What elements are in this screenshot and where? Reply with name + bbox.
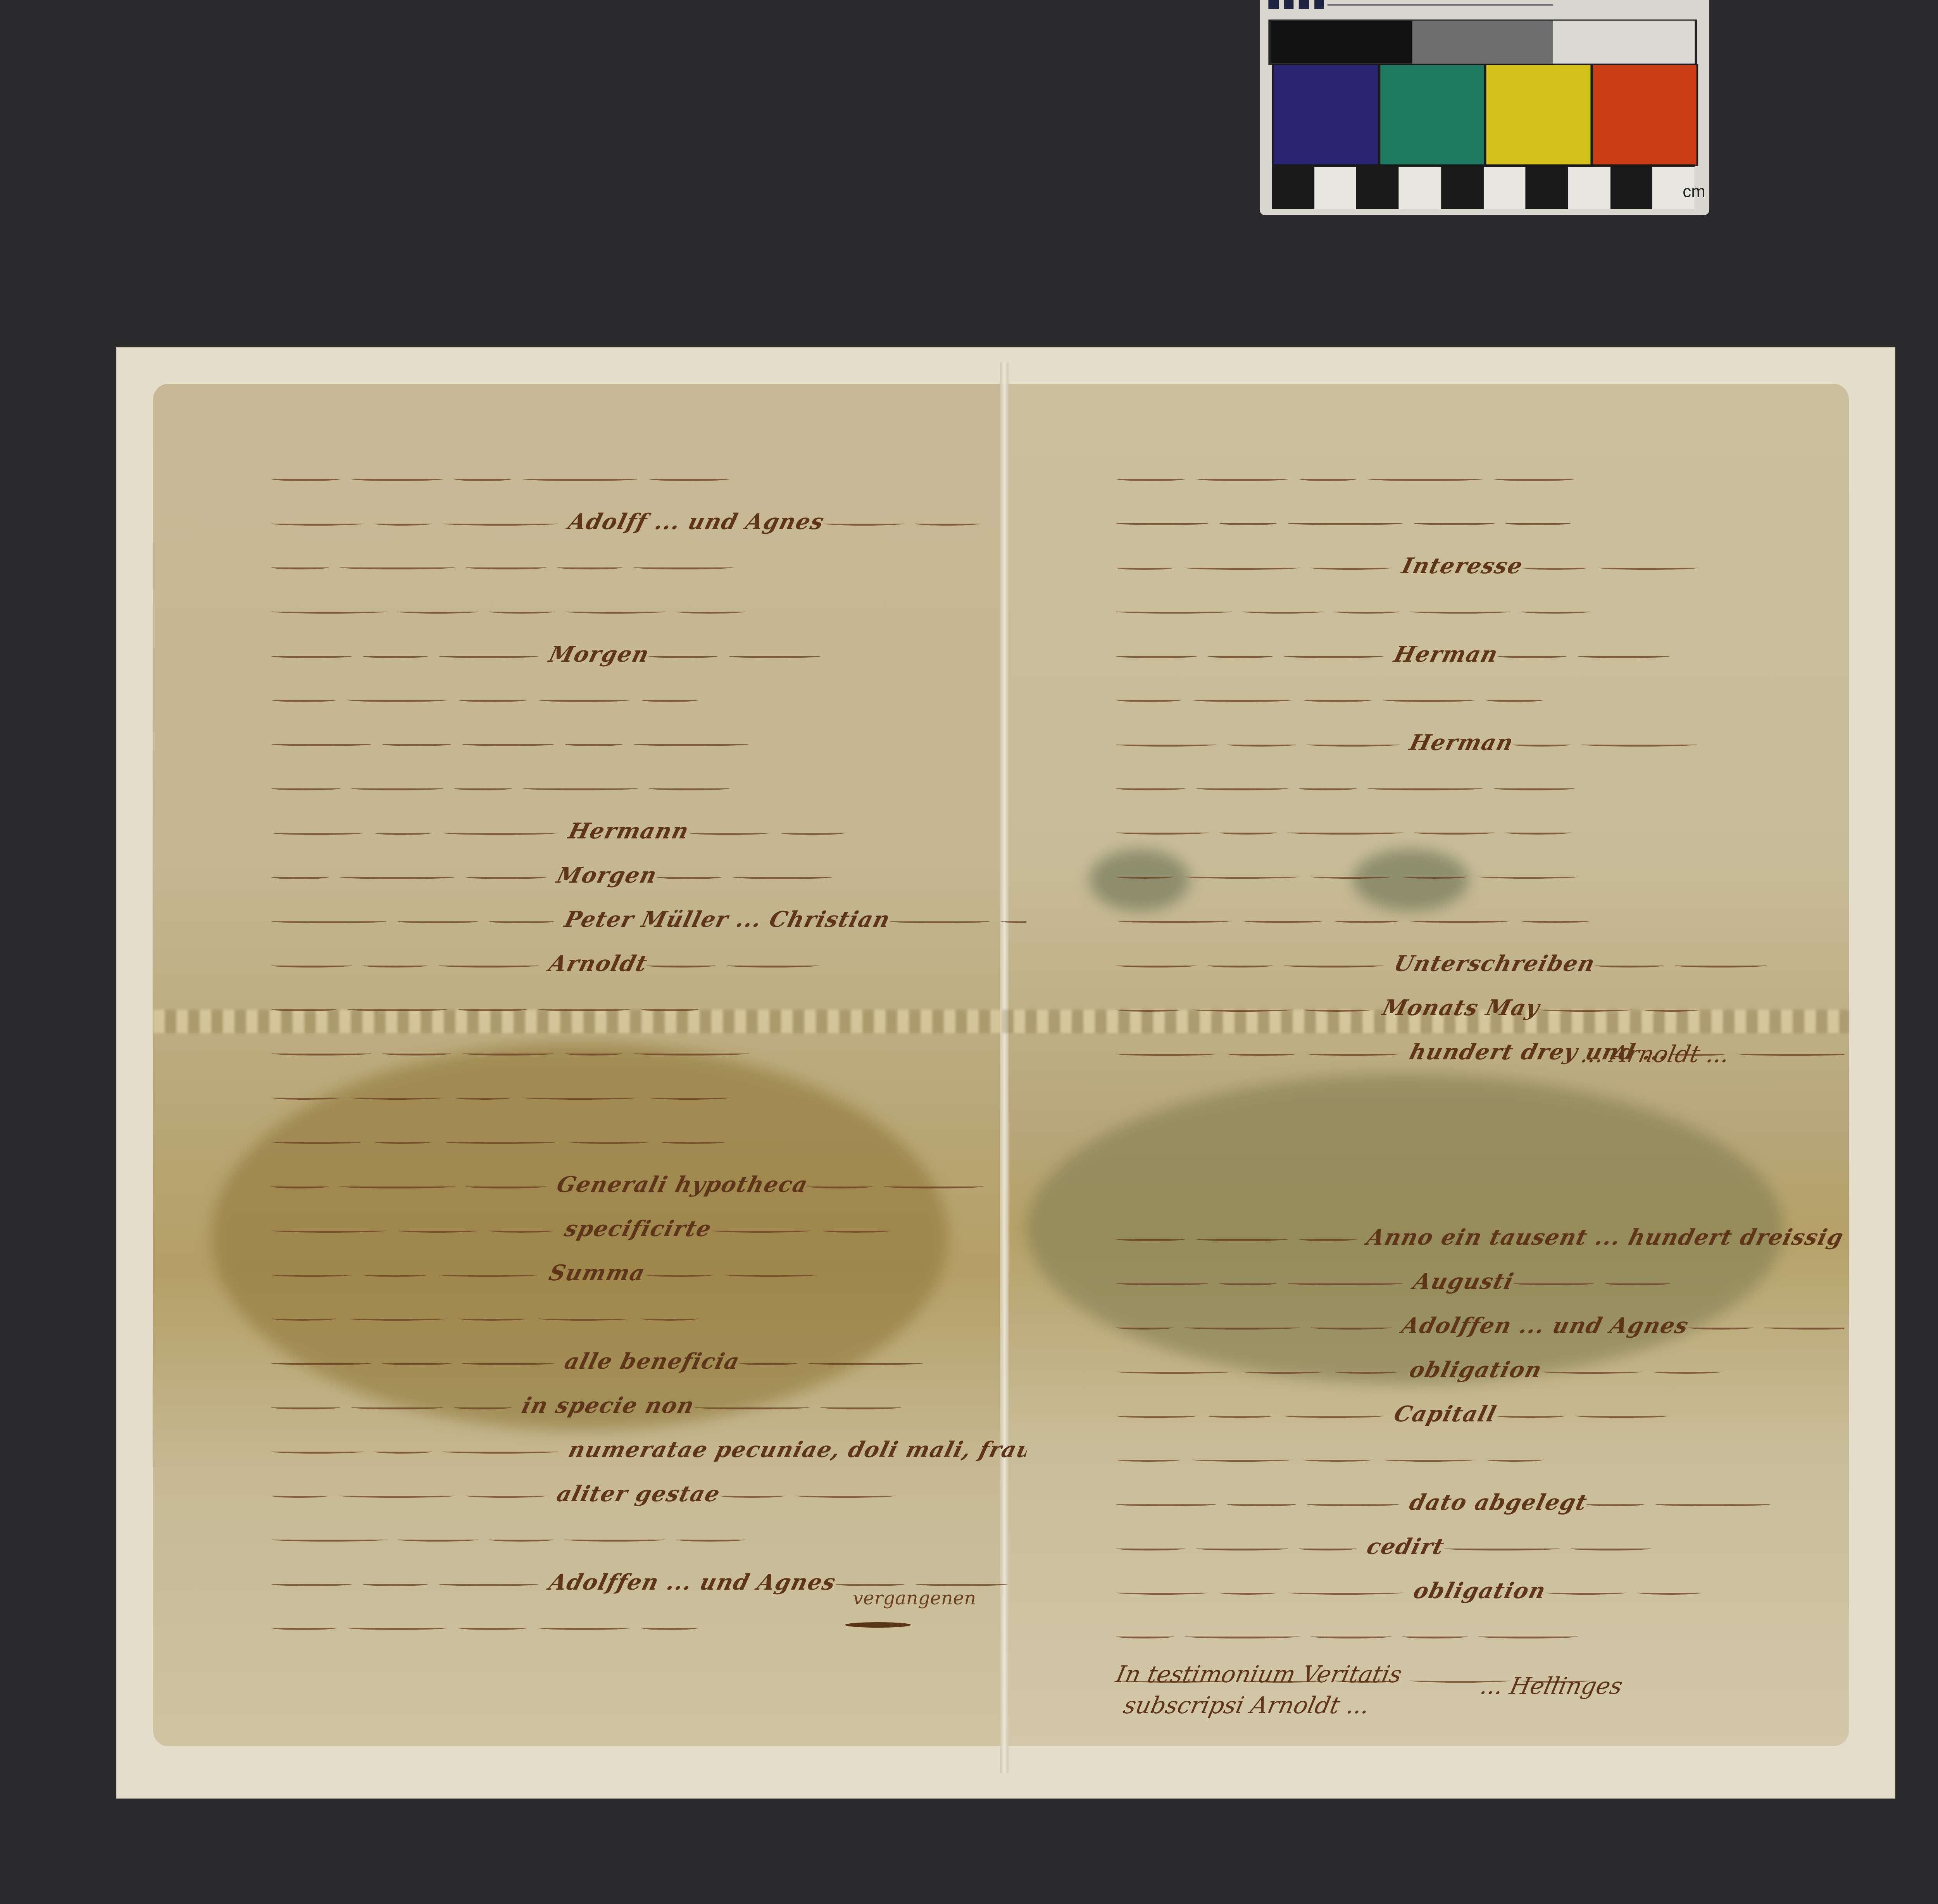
illegible-script [271,1582,353,1586]
illegible-script [739,1361,798,1365]
illegible-script [522,786,639,790]
unit-label: cm [1683,182,1705,202]
illegible-script [1116,1502,1217,1506]
illegible-script [1287,521,1404,525]
illegible-script [728,654,822,658]
illegible-script [1687,1325,1754,1330]
illegible-script [1310,1325,1393,1330]
illegible-script [1116,1546,1186,1550]
handwritten-line [1111,676,1850,721]
illegible-script [1310,1634,1393,1638]
handwritten-line: alle beneficia [266,1339,1033,1383]
illegible-script [1283,963,1385,968]
illegible-script [397,609,479,614]
illegible-script [374,831,433,835]
illegible-script [453,477,513,481]
handwritten-line [266,588,1033,632]
illegible-script [1116,654,1198,658]
legible-fragment: Arnoldt [547,951,650,976]
illegible-script [1302,1007,1373,1012]
illegible-script [537,1007,631,1011]
illegible-script [438,1273,540,1277]
illegible-script [1298,786,1358,790]
illegible-script [1541,1369,1643,1374]
illegible-script [381,1051,452,1055]
legible-fragment: Unterschreiben [1391,951,1598,976]
illegible-script [1310,566,1393,570]
illegible-script [442,1449,559,1454]
illegible-script [1195,477,1290,481]
illegible-script [271,1007,338,1011]
legible-fragment: Peter Müller ... Christian [562,907,893,932]
illegible-script [1195,786,1290,790]
illegible-script [1382,698,1476,702]
handwritten-line: Morgen [266,632,1033,676]
illegible-script [397,919,479,923]
illegible-script [1493,477,1576,481]
illegible-script [362,1273,429,1277]
illegible-script [1382,1457,1476,1462]
illegible-script [1184,566,1301,570]
illegible-script [453,1405,513,1409]
handwritten-line [1111,500,1850,544]
illegible-script [1116,742,1217,747]
illegible-script [644,1273,715,1277]
handwritten-line: Capitall [1111,1392,1850,1436]
illegible-script [522,477,639,481]
illegible-script [1512,1281,1595,1285]
legible-fragment: Augusti [1411,1269,1517,1294]
handwritten-line: numeratae pecuniae, doli mali, fraudis, … [266,1428,1033,1472]
illegible-script [1184,874,1301,879]
illegible-script [457,1316,528,1321]
illegible-script [1306,1502,1400,1506]
illegible-script [732,875,834,879]
illegible-script [1333,609,1400,614]
illegible-script [1116,1281,1210,1285]
illegible-script [271,521,365,526]
handwritten-line [266,1516,1033,1560]
illegible-script [1242,1369,1324,1374]
handwritten-line: obligation [1111,1348,1850,1392]
illegible-script [1575,1414,1669,1418]
legible-fragment: Herman [1407,730,1517,755]
illegible-script [271,742,372,746]
illegible-script [1116,830,1210,835]
illegible-script [1116,1634,1175,1638]
illegible-script [1116,874,1175,879]
illegible-script [1520,609,1591,614]
illegible-script [488,1228,555,1233]
card-rule-line [1328,4,1553,6]
illegible-script [719,1494,786,1498]
illegible-script [660,1140,727,1144]
handwritten-line [266,676,1033,721]
illegible-script [633,565,735,569]
illegible-script [1226,742,1297,747]
illegible-script [465,1184,548,1188]
legible-fragment: Generali hypotheca [554,1172,811,1197]
illegible-script [807,1361,924,1365]
illegible-script [465,565,548,569]
handwritten-line: Summa [266,1251,1033,1295]
illegible-script [1310,874,1393,879]
illegible-script [1478,1634,1579,1638]
illegible-script [397,1537,479,1542]
legible-fragment: cedirt [1364,1534,1447,1559]
illegible-script [914,1582,1009,1586]
illegible-script [1195,1546,1290,1550]
illegible-script [1219,1590,1278,1595]
illegible-script [1116,919,1233,923]
illegible-script [374,1449,433,1454]
illegible-script [1505,830,1572,835]
illegible-script [648,477,731,481]
blue-patch [1274,65,1378,165]
illegible-script [381,742,452,746]
illegible-script [883,1184,985,1188]
legible-fragment: alle beneficia [562,1349,743,1374]
handwritten-line: aliter gestae [266,1472,1033,1516]
illegible-script [1191,1457,1293,1462]
illegible-script [347,1626,448,1630]
illegible-script [1520,919,1591,923]
illegible-script [1505,521,1572,525]
legible-fragment: in specie non [519,1393,698,1418]
illegible-script [1581,742,1698,747]
illegible-script [1287,1590,1404,1595]
illegible-script [1283,654,1385,658]
illegible-script [350,1095,445,1100]
illegible-script [457,1007,528,1011]
illegible-script [821,1228,892,1233]
illegible-script [347,698,448,702]
illegible-script [1298,1237,1358,1241]
illegible-script [1763,1325,1850,1330]
illegible-script [914,521,981,526]
illegible-script [1116,566,1175,570]
illegible-script [779,831,847,835]
illegible-script [271,919,388,923]
illegible-script [1306,742,1400,747]
handwritten-line: Arnoldt [266,942,1033,986]
handwritten-line [1111,588,1850,632]
illegible-script [646,963,717,968]
illegible-script [710,1228,812,1233]
grayscale-patches [1268,19,1697,65]
illegible-script [807,1184,874,1188]
illegible-script [438,1582,540,1586]
illegible-script [271,1316,338,1321]
handwritten-line: obligation [1111,1569,1850,1613]
illegible-script [1283,1414,1385,1418]
illegible-script [350,477,445,481]
illegible-script [271,1361,372,1365]
illegible-script [656,875,723,879]
white-patch [1554,21,1695,64]
illegible-script [271,1184,330,1188]
legible-fragment: specificirte [562,1216,715,1242]
illegible-script [271,831,365,835]
illegible-script [1242,919,1324,923]
attestation-line-2: subscripsi Arnoldt ... [1121,1692,1372,1719]
illegible-script [633,1051,750,1055]
illegible-script [488,609,555,614]
illegible-script [1207,1414,1274,1418]
illegible-script [1586,1502,1645,1506]
illegible-script [1116,698,1183,702]
illegible-script [568,1140,651,1144]
legible-fragment: aliter gestae [554,1481,723,1507]
illegible-script [1443,1546,1560,1550]
illegible-script [522,1095,639,1100]
legible-fragment: Adolffen ... und Agnes [547,1569,839,1595]
handwritten-line [266,721,1033,765]
illegible-script [374,1140,433,1144]
handwritten-line [266,1604,1033,1649]
illegible-script [453,1095,513,1100]
illegible-script [350,786,445,790]
legible-fragment: dato abgelegt [1407,1490,1590,1515]
illegible-script [339,565,456,569]
handwritten-line: Adolff ... und Agnes [266,500,1033,544]
illegible-script [1367,786,1484,790]
illegible-script [1298,1546,1358,1550]
illegible-script [1598,566,1700,570]
illegible-script [271,698,338,702]
illegible-script [1493,786,1576,790]
illegible-script [1402,1634,1469,1638]
illegible-script [381,1361,452,1365]
illegible-script [1116,1369,1233,1374]
document-mount: Adolff ... und AgnesMorgenHermannMorgenP… [116,347,1895,1799]
illegible-script [564,742,624,746]
illegible-script [724,1273,818,1277]
illegible-script [1497,654,1568,658]
illegible-script [889,919,991,923]
illegible-script [339,875,456,879]
illegible-script [1522,566,1589,570]
handwritten-line [266,1295,1033,1339]
illegible-script [1478,874,1579,879]
legible-fragment: Morgen [554,862,660,888]
illegible-script [1642,1007,1701,1012]
illegible-script [640,698,700,702]
handwritten-line: Generali hypotheca [266,1162,1033,1207]
handwritten-line: Monats May [1111,986,1850,1030]
black-patch [1271,21,1412,64]
handwritten-line: Hermann [266,809,1033,853]
legible-fragment: Anno ein tausent ... hundert dreissig [1364,1224,1847,1250]
illegible-script [1191,698,1293,702]
illegible-script [1674,963,1768,968]
handwritten-line [266,455,1033,500]
illegible-script [1287,1281,1404,1285]
illegible-script [1485,1457,1545,1462]
illegible-script [271,963,353,968]
legible-fragment: Morgen [547,642,652,667]
green-patch [1380,65,1484,165]
illegible-script [1604,1281,1671,1285]
illegible-script [564,609,666,614]
handwritten-line: Morgen [266,853,1033,897]
handwritten-line: Peter Müller ... Christian [266,897,1033,942]
illegible-script [1207,654,1274,658]
handwritten-line: Interesse [1111,544,1850,588]
illegible-script [397,1228,479,1233]
illegible-script [1219,521,1278,525]
illegible-script [1242,609,1324,614]
illegible-script [688,831,771,835]
yellow-patch [1486,65,1590,165]
illegible-script [1116,521,1210,525]
legible-fragment: obligation [1407,1357,1545,1383]
illegible-script [1413,830,1496,835]
end-flourish [845,1622,911,1628]
illegible-script [461,1051,555,1055]
illegible-script [1116,963,1198,968]
illegible-script [1219,1281,1278,1285]
legible-fragment: Capitall [1391,1401,1499,1427]
illegible-script [1226,1052,1297,1056]
illegible-script [1116,1007,1183,1012]
illegible-script [640,1007,700,1011]
illegible-script [271,1405,341,1409]
illegible-script [633,742,750,746]
illegible-script [350,1405,445,1409]
illegible-script [1226,1502,1297,1506]
illegible-script [271,1051,372,1055]
illegible-script [1545,1590,1627,1595]
illegible-script [271,1494,330,1498]
illegible-script [1413,521,1496,525]
illegible-script [1402,874,1469,879]
attestation-line-1: In testimonium Veritatis [1114,1661,1405,1688]
handwritten-line [266,1030,1033,1074]
illegible-script [271,1273,353,1277]
illegible-script [1539,1007,1633,1012]
handwritten-line: Augusti [1111,1259,1850,1304]
illegible-script [675,1537,746,1542]
illegible-script [1191,1007,1293,1012]
legible-fragment: Herman [1391,642,1501,667]
signature: ... Arnoldt ... [1579,1041,1732,1068]
illegible-script [271,565,330,569]
handwritten-line [266,1118,1033,1162]
illegible-script [374,521,433,526]
handwritten-line [1111,897,1850,942]
illegible-script [675,609,746,614]
illegible-script [564,1051,624,1055]
illegible-script [362,963,429,968]
handwritten-line: hundert drey und ... [1111,1030,1850,1074]
handwritten-line: Anno ein tausent ... hundert dreissig [1111,1215,1850,1259]
illegible-script [438,654,540,658]
centimeter-scale [1272,164,1695,209]
legible-fragment: Adolff ... und Agnes [566,509,827,535]
illegible-script [1116,477,1186,481]
legible-fragment: obligation [1411,1578,1549,1604]
legible-fragment: numeratae pecuniae, doli mali, fraudis, … [566,1437,1033,1462]
gray-patch [1412,21,1554,64]
right-page-text: InteresseHermanHermanUnterschreibenMonat… [1116,455,1845,1074]
illegible-script [488,919,555,923]
illegible-script [1116,1237,1186,1241]
illegible-script [648,786,731,790]
catchword: vergangenen [853,1587,976,1609]
illegible-script [1636,1590,1703,1595]
illegible-script [271,477,341,481]
addendum-text: Anno ein tausent ... hundert dreissigAug… [1116,1215,1845,1701]
handwritten-line [1111,765,1850,809]
illegible-script [1594,963,1665,968]
handwritten-line [1111,1613,1850,1657]
illegible-script [820,1405,902,1409]
illegible-script [648,1095,731,1100]
handwritten-line: Adolffen ... und Agnes [1111,1304,1850,1348]
legible-fragment: Adolffen ... und Agnes [1399,1313,1691,1338]
color-calibration-card: cm [1260,0,1709,215]
legible-fragment: Summa [547,1260,648,1286]
illegible-script [1333,919,1400,923]
illegible-script [461,1361,555,1365]
illegible-script [564,1537,666,1542]
illegible-script [557,565,624,569]
handwritten-line: specificirte [266,1207,1033,1251]
illegible-script [347,1007,448,1011]
illegible-script [537,1626,631,1630]
color-patches [1272,64,1698,166]
illegible-script [693,1405,811,1409]
handwritten-line: Herman [1111,721,1850,765]
illegible-script [488,1537,555,1542]
illegible-script [442,521,559,526]
illegible-script [1184,1634,1301,1638]
illegible-script [1512,742,1572,747]
illegible-script [1116,1052,1217,1056]
handwritten-line [1111,455,1850,500]
illegible-script [648,654,719,658]
handwritten-line [1111,1436,1850,1480]
illegible-script [1302,1457,1373,1462]
illegible-script [640,1316,700,1321]
illegible-script [1116,1414,1198,1418]
illegible-script [442,831,559,835]
illegible-script [271,1626,338,1630]
illegible-script [457,698,528,702]
illegible-script [271,654,353,658]
illegible-script [537,1316,631,1321]
illegible-script [1333,1369,1400,1374]
handwritten-line [266,1074,1033,1118]
illegible-script [1409,609,1511,614]
illegible-script [1116,786,1186,790]
handwritten-line: Unterschreiben [1111,942,1850,986]
illegible-script [835,1582,905,1586]
illegible-script [271,1537,388,1542]
illegible-script [1654,1502,1772,1506]
illegible-script [271,609,388,614]
handwritten-line [266,986,1033,1030]
illegible-script [1116,609,1233,614]
illegible-script [453,786,513,790]
legible-fragment: Hermann [566,818,692,844]
red-patch [1593,65,1697,165]
illegible-script [347,1316,448,1321]
illegible-script [465,1494,548,1498]
illegible-script [1184,1325,1301,1330]
illegible-script [1306,1052,1400,1056]
